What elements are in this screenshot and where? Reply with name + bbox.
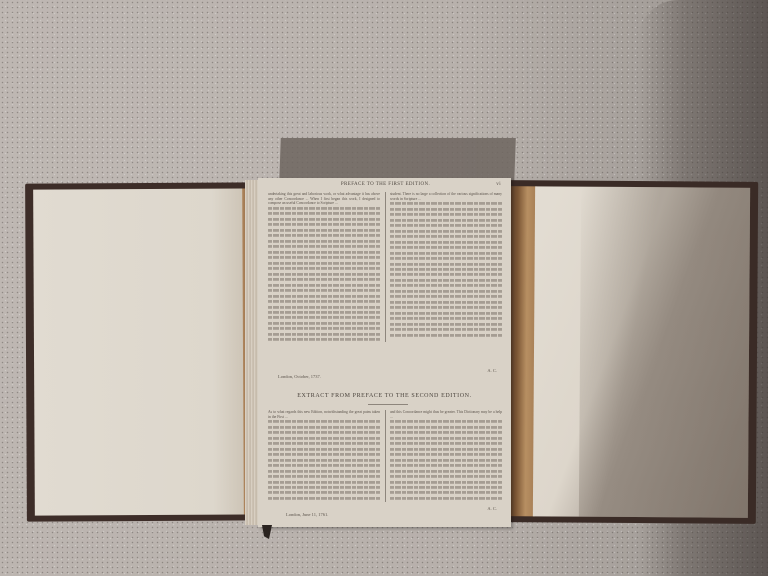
second-section-title: EXTRACT FROM PREFACE TO THE SECOND EDITI…: [268, 393, 501, 399]
running-head: PREFACE TO THE FIRST EDITION. vi: [268, 182, 503, 192]
second-signature: A. C.: [487, 506, 497, 511]
bookmark-ribbon: [262, 525, 272, 539]
running-head-text: PREFACE TO THE FIRST EDITION.: [341, 182, 430, 187]
preface-page: PREFACE TO THE FIRST EDITION. vi underta…: [258, 178, 511, 527]
first-dateline: London, October, 1737.: [278, 374, 321, 379]
left-endpaper: [33, 188, 245, 515]
first-section-right-column: student. There is no large a collection …: [390, 192, 502, 337]
book-shadow: [279, 138, 516, 183]
right-endpaper-shadow: [579, 187, 750, 518]
column-rule: [385, 192, 386, 342]
second-dateline: London, June 11, 1761.: [286, 512, 328, 517]
second-section-left-column: As to what regards this new Edition, not…: [268, 410, 380, 502]
column-text: As to what regards this new Edition, not…: [268, 410, 380, 419]
column-text: and this Concordance might thus be great…: [390, 410, 502, 419]
second-section-right-column: and this Concordance might thus be great…: [390, 410, 502, 502]
first-signature: A. C.: [487, 368, 497, 373]
folio: vi: [496, 182, 501, 187]
column-text: student. There is no large a collection …: [390, 192, 502, 201]
first-section-left-column: undertaking this great and laborious wor…: [268, 192, 380, 342]
column-rule: [385, 410, 386, 502]
right-cover: [499, 180, 758, 524]
title-rule: [368, 404, 408, 405]
left-cover: [25, 182, 263, 521]
